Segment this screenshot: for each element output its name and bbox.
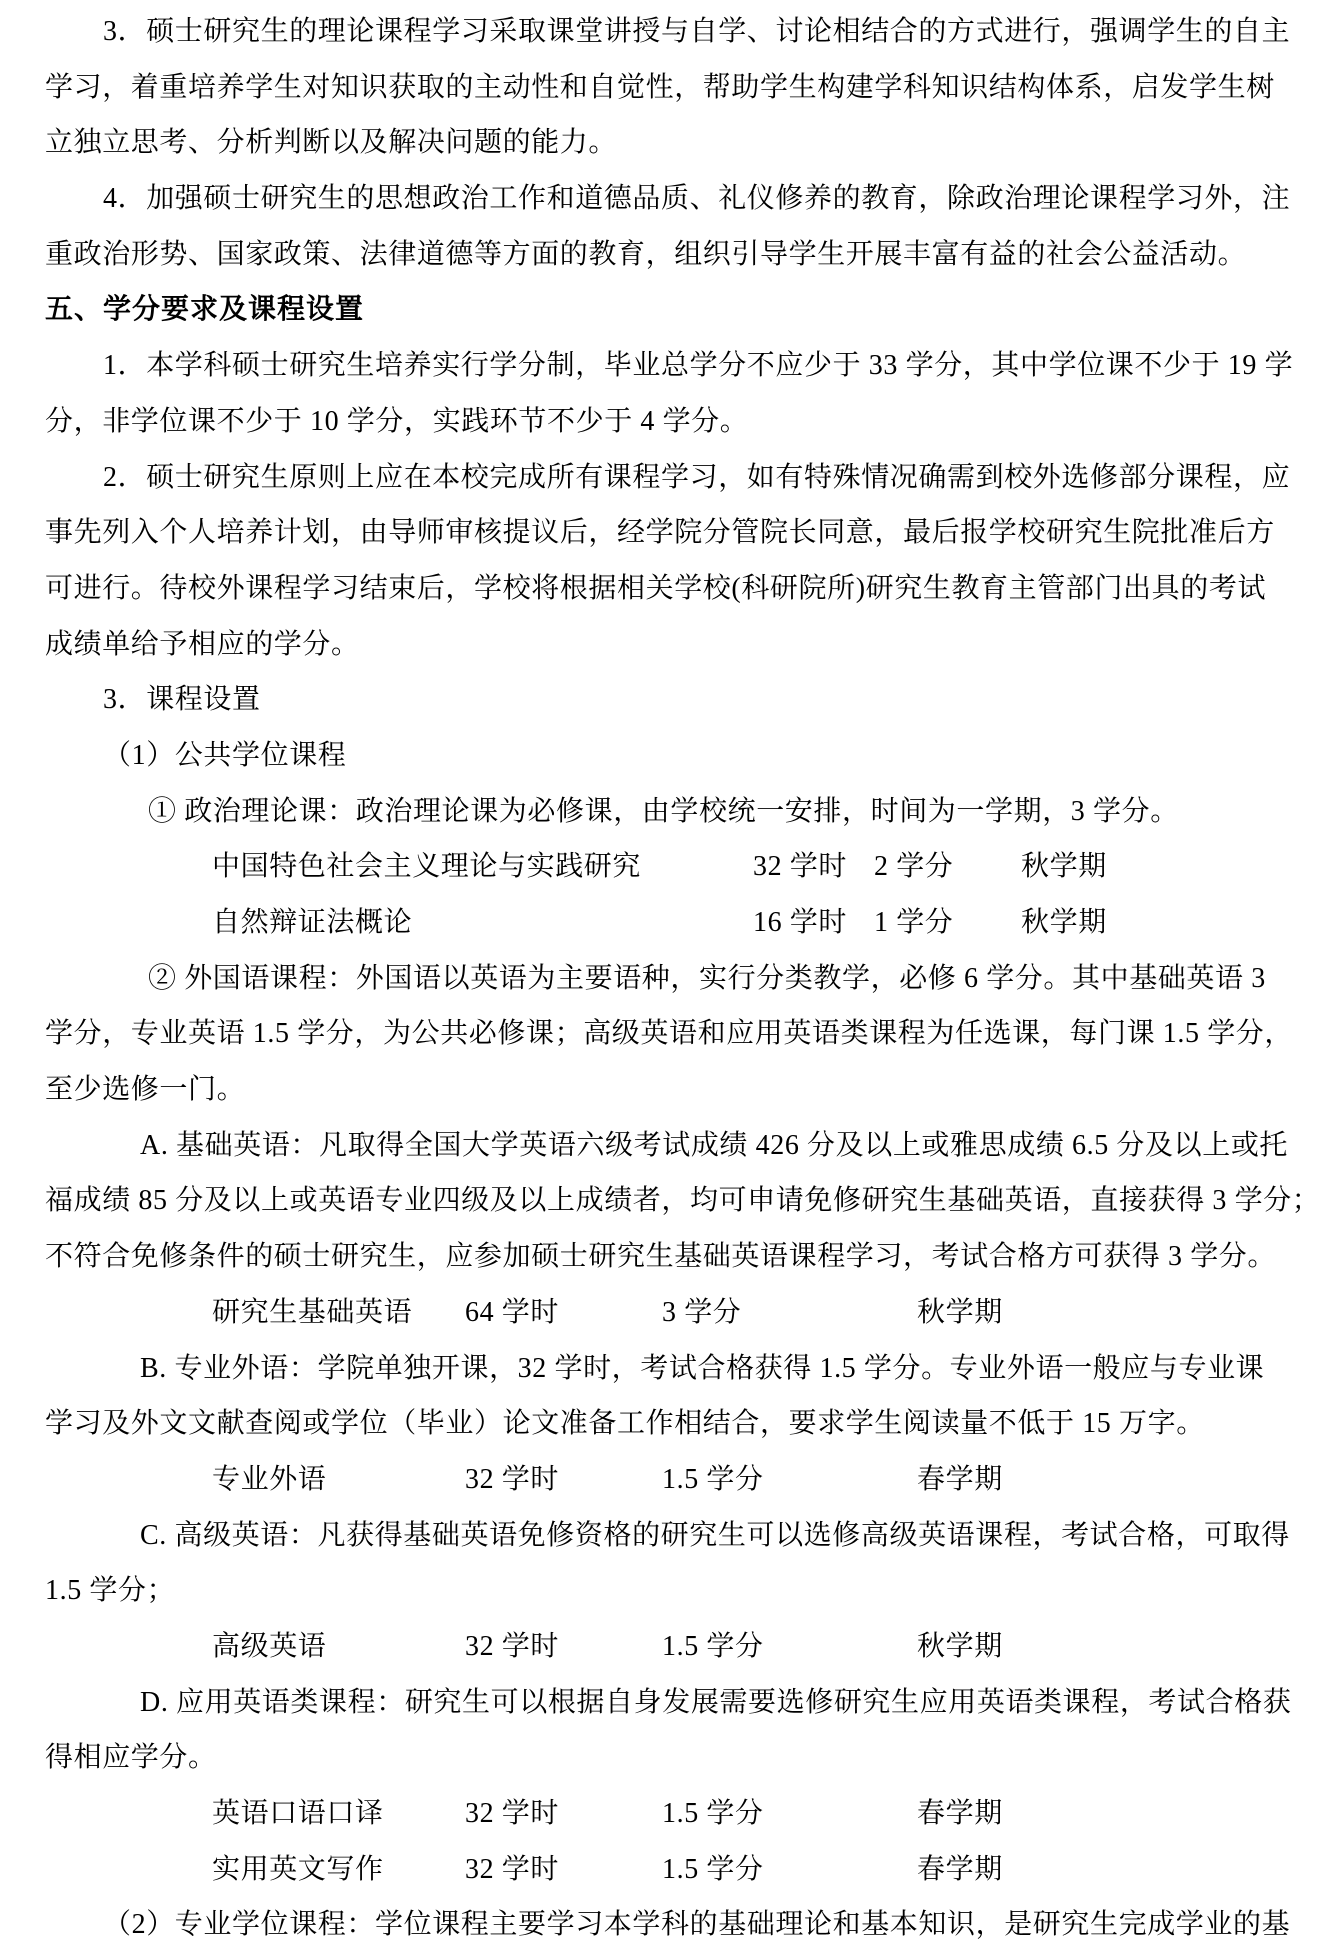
para-theory-teaching-line1: 3．硕士研究生的理论课程学习采取课堂讲授与自学、讨论相结合的方式进行，强调学生的… [45, 4, 1294, 60]
course-row-chinese-socialism-theory: 中国特色社会主义理论与实践研究 32 学时 2 学分 秋学期 [45, 839, 1294, 895]
course-semester: 春学期 [917, 1842, 1003, 1898]
item-basic-english-line2: 福成绩 85 分及以上或英语专业四级及以上成绩者，均可申请免修研究生基础英语，直… [45, 1173, 1294, 1229]
item-professional-foreign-language-line2: 学习及外文文献查阅或学位（毕业）论文准备工作相结合，要求学生阅读量不低于 15 … [45, 1396, 1294, 1452]
para-theory-teaching-line3: 立独立思考、分析判断以及解决问题的能力。 [45, 115, 1294, 171]
course-credits: 1 学分 [874, 895, 953, 951]
para-external-courses-line4: 成绩单给予相应的学分。 [45, 617, 1294, 673]
course-semester: 秋学期 [1021, 895, 1107, 951]
course-row-graduate-basic-english: 研究生基础英语 64 学时 3 学分 秋学期 [45, 1285, 1294, 1341]
course-hours: 64 学时 [465, 1285, 559, 1341]
para-credit-system-line2: 分，非学位课不少于 10 学分，实践环节不少于 4 学分。 [45, 394, 1294, 450]
item-foreign-language-line3: 至少选修一门。 [45, 1062, 1294, 1118]
course-semester: 秋学期 [917, 1619, 1003, 1675]
course-name: 高级英语 [212, 1619, 326, 1675]
course-credits: 1.5 学分 [662, 1619, 764, 1675]
course-credits: 1.5 学分 [662, 1842, 764, 1898]
course-hours: 32 学时 [465, 1786, 559, 1842]
course-credits: 2 学分 [874, 839, 953, 895]
course-semester: 春学期 [917, 1452, 1003, 1508]
item-political-theory: ① 政治理论课：政治理论课为必修课，由学校统一安排，时间为一学期，3 学分。 [45, 784, 1294, 840]
subheading-public-degree-courses: （1）公共学位课程 [45, 728, 1294, 784]
course-credits: 1.5 学分 [662, 1452, 764, 1508]
course-hours: 16 学时 [753, 895, 847, 951]
subheading-professional-degree-courses: （2）专业学位课程：学位课程主要学习本学科的基础理论和基本知识，是研究生完成学业… [45, 1897, 1294, 1953]
item-advanced-english-line2: 1.5 学分； [45, 1563, 1294, 1619]
para-external-courses-line1: 2．硕士研究生原则上应在本校完成所有课程学习，如有特殊情况确需到校外选修部分课程… [45, 450, 1294, 506]
course-name: 英语口语口译 [212, 1786, 384, 1842]
para-external-courses-line2: 事先列入个人培养计划，由导师审核提议后，经学院分管院长同意，最后报学校研究生院批… [45, 505, 1294, 561]
course-credits: 1.5 学分 [662, 1786, 764, 1842]
item-basic-english-line1: A. 基础英语：凡取得全国大学英语六级考试成绩 426 分及以上或雅思成绩 6.… [45, 1118, 1294, 1174]
subheading-course-setup: 3．课程设置 [45, 672, 1294, 728]
course-name: 专业外语 [212, 1452, 326, 1508]
item-applied-english-line2: 得相应学分。 [45, 1730, 1294, 1786]
course-hours: 32 学时 [465, 1619, 559, 1675]
item-foreign-language-line2: 学分，专业英语 1.5 学分，为公共必修课；高级英语和应用英语类课程为任选课，每… [45, 1006, 1294, 1062]
item-applied-english-line1: D. 应用英语类课程：研究生可以根据自身发展需要选修研究生应用英语类课程，考试合… [45, 1675, 1294, 1731]
para-theory-teaching-line2: 学习，着重培养学生对知识获取的主动性和自觉性，帮助学生构建学科知识结构体系，启发… [45, 60, 1294, 116]
course-name: 研究生基础英语 [212, 1285, 412, 1341]
course-credits: 3 学分 [662, 1285, 741, 1341]
item-foreign-language-line1: ② 外国语课程：外国语以英语为主要语种，实行分类教学，必修 6 学分。其中基础英… [45, 951, 1294, 1007]
para-external-courses-line3: 可进行。待校外课程学习结束后，学校将根据相关学校(科研院所)研究生教育主管部门出… [45, 561, 1294, 617]
para-ideology-line2: 重政治形势、国家政策、法律道德等方面的教育，组织引导学生开展丰富有益的社会公益活… [45, 227, 1294, 283]
course-row-advanced-english: 高级英语 32 学时 1.5 学分 秋学期 [45, 1619, 1294, 1675]
course-row-natural-dialectics: 自然辩证法概论 16 学时 1 学分 秋学期 [45, 895, 1294, 951]
course-semester: 春学期 [917, 1786, 1003, 1842]
item-professional-foreign-language-line1: B. 专业外语：学院单独开课，32 学时，考试合格获得 1.5 学分。专业外语一… [45, 1341, 1294, 1397]
course-hours: 32 学时 [465, 1842, 559, 1898]
course-name: 自然辩证法概论 [212, 895, 412, 951]
course-name: 中国特色社会主义理论与实践研究 [212, 839, 641, 895]
para-credit-system-line1: 1．本学科硕士研究生培养实行学分制，毕业总学分不应少于 33 学分，其中学位课不… [45, 338, 1294, 394]
document-page: 3．硕士研究生的理论课程学习采取课堂讲授与自学、讨论相结合的方式进行，强调学生的… [0, 0, 1339, 1953]
course-row-oral-english-interpretation: 英语口语口译 32 学时 1.5 学分 春学期 [45, 1786, 1294, 1842]
course-row-practical-english-writing: 实用英文写作 32 学时 1.5 学分 春学期 [45, 1842, 1294, 1898]
item-basic-english-line3: 不符合免修条件的硕士研究生，应参加硕士研究生基础英语课程学习，考试合格方可获得 … [45, 1229, 1294, 1285]
course-name: 实用英文写作 [212, 1842, 384, 1898]
course-hours: 32 学时 [465, 1452, 559, 1508]
course-row-professional-foreign-language: 专业外语 32 学时 1.5 学分 春学期 [45, 1452, 1294, 1508]
section-heading-credits-and-courses: 五、学分要求及课程设置 [45, 282, 1294, 338]
course-semester: 秋学期 [1021, 839, 1107, 895]
item-advanced-english-line1: C. 高级英语：凡获得基础英语免修资格的研究生可以选修高级英语课程，考试合格，可… [45, 1508, 1294, 1564]
course-hours: 32 学时 [753, 839, 847, 895]
para-ideology-line1: 4．加强硕士研究生的思想政治工作和道德品质、礼仪修养的教育，除政治理论课程学习外… [45, 171, 1294, 227]
course-semester: 秋学期 [917, 1285, 1003, 1341]
